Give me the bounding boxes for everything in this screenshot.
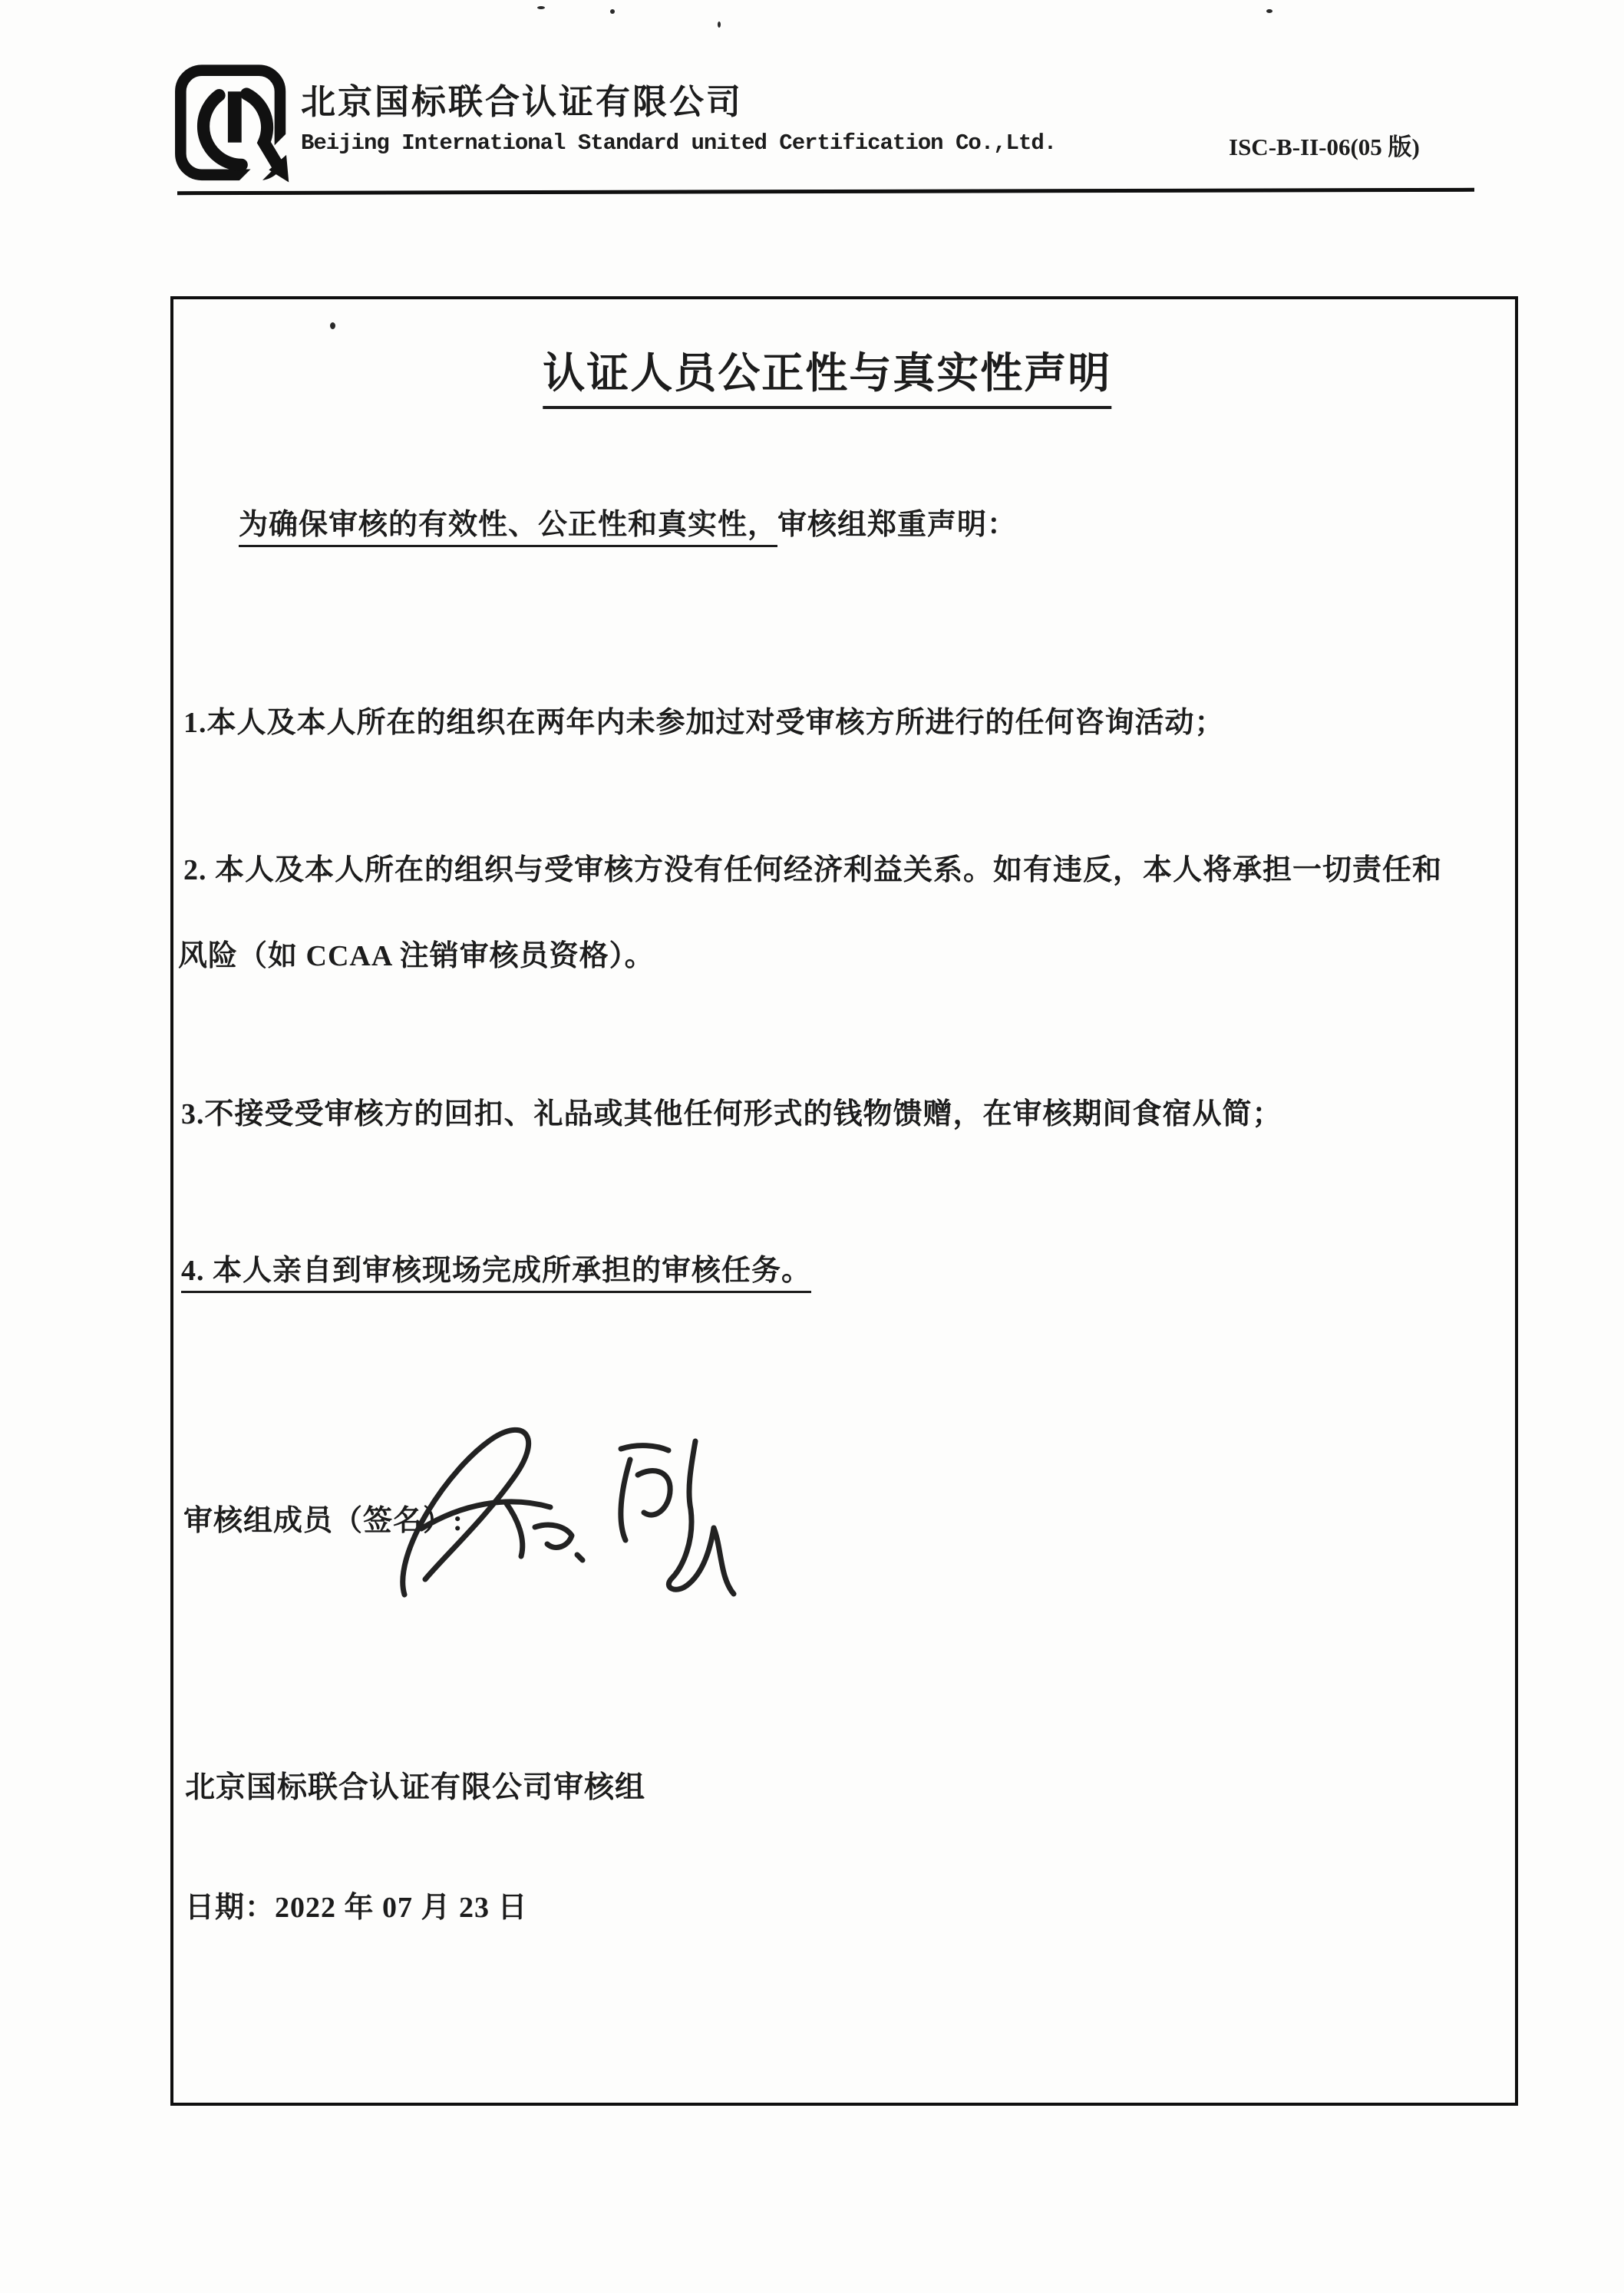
intro-underlined-text: 为确保审核的有效性、公正性和真实性，: [239, 509, 777, 547]
declaration-item-4: 4. 本人亲自到审核现场完成所承担的审核任务。: [181, 1246, 811, 1288]
declaration-item-3: 3.不接受受审核方的回扣、礼品或其他任何形式的钱物馈赠，在审核期间食宿从简；: [181, 1090, 1282, 1132]
declaration-intro: 为确保审核的有效性、公正性和真实性，审核组郑重声明：: [239, 500, 1017, 543]
scan-speck: [537, 6, 545, 9]
handwritten-signature-2: [621, 1441, 734, 1594]
handwritten-signature-1: [403, 1430, 583, 1595]
scan-speck: [610, 9, 615, 14]
item-4-underlined-text: 4. 本人亲自到审核现场完成所承担的审核任务。: [181, 1255, 811, 1293]
declaration-item-2-line-2: 风险（如 CCAA 注销审核员资格）。: [178, 932, 655, 974]
declaration-box: 认证人员公正性与真实性声明 为确保审核的有效性、公正性和真实性，审核组郑重声明：…: [170, 296, 1518, 2106]
company-name-en: Beijing International Standard united Ce…: [301, 130, 1056, 156]
company-logo-icon: [172, 61, 296, 189]
declaration-item-1: 1.本人及本人所在的组织在两年内未参加过对受审核方所进行的任何咨询活动；: [183, 698, 1225, 741]
scan-speck: [1266, 9, 1272, 13]
handwritten-signatures: [391, 1412, 774, 1619]
scan-artifact-dot: [330, 322, 335, 329]
company-name-cn: 北京国标联合认证有限公司: [301, 74, 743, 124]
declaration-item-2-line-1: 2. 本人及本人所在的组织与受审核方没有任何经济利益关系。如有违反，本人将承担一…: [183, 846, 1442, 888]
scanned-document-page: 北京国标联合认证有限公司 Beijing International Stand…: [0, 0, 1624, 2293]
header-divider: [177, 188, 1474, 195]
declaration-title: 认证人员公正性与真实性声明: [543, 339, 1111, 409]
audit-team-line: 北京国标联合认证有限公司审核组: [185, 1763, 645, 1806]
scan-speck: [718, 21, 721, 28]
document-code: ISC-B-II-06(05 版): [1229, 127, 1420, 162]
date-line: 日期：2022 年 07 月 23 日: [185, 1883, 528, 1925]
intro-rest-text: 审核组郑重声明：: [777, 509, 1017, 541]
